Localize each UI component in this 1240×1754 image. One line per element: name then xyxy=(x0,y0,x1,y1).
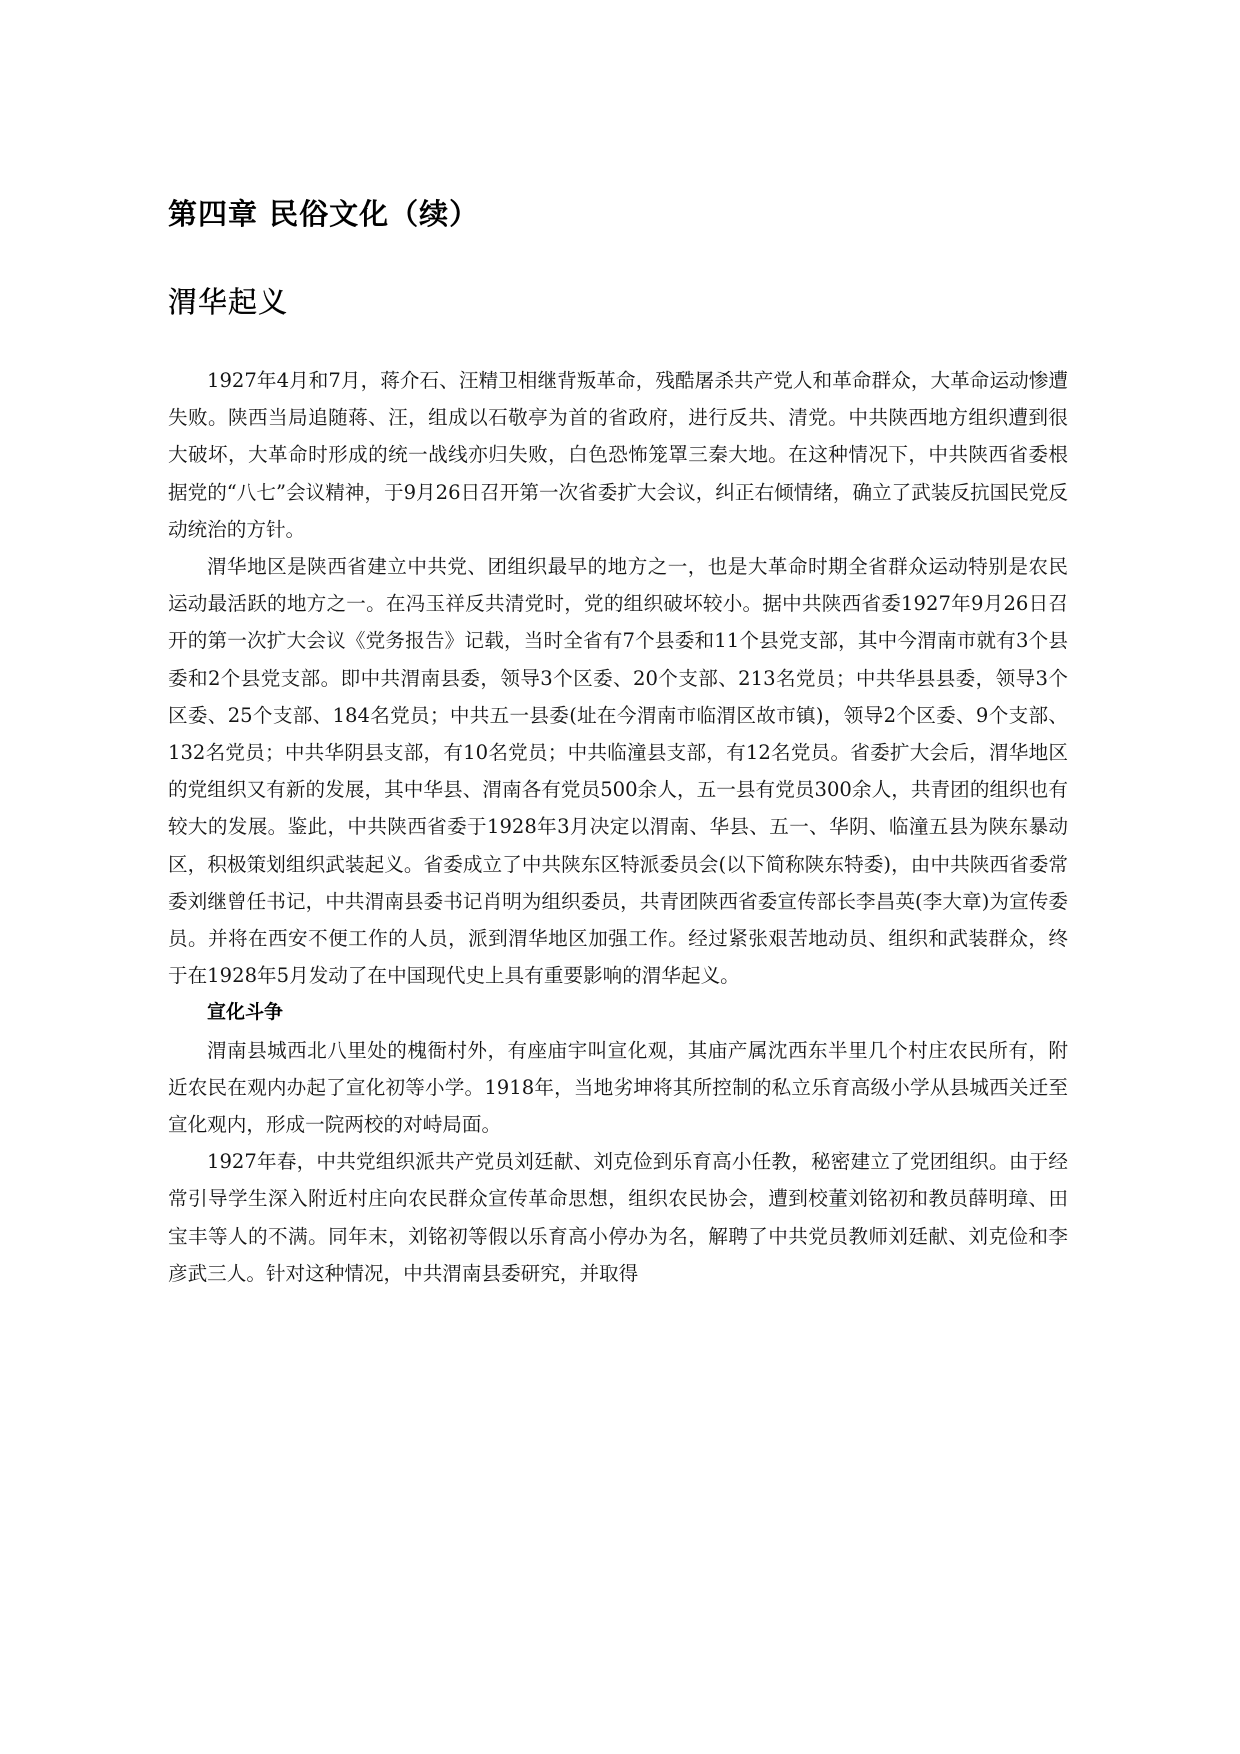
body-text: 1927年4月和7月，蒋介石、汪精卫相继背叛革命，残酷屠杀共产党人和革命群众，大… xyxy=(168,362,1068,1292)
paragraph-2: 渭华地区是陕西省建立中共党、团组织最早的地方之一，也是大革命时期全省群众运动特别… xyxy=(168,548,1068,994)
paragraph-1: 1927年4月和7月，蒋介石、汪精卫相继背叛革命，残酷屠杀共产党人和革命群众，大… xyxy=(168,362,1068,548)
paragraph-3: 渭南县城西北八里处的槐衙村外，有座庙宇叫宣化观，其庙产属沈西东半里几个村庄农民所… xyxy=(168,1032,1068,1144)
paragraph-4: 1927年春，中共党组织派共产党员刘廷献、刘克俭到乐育高小任教，秘密建立了党团组… xyxy=(168,1143,1068,1292)
chapter-title: 第四章 民俗文化（续） xyxy=(168,192,479,233)
section-title: 渭华起义 xyxy=(168,280,288,321)
subheading-xuanhua-struggle: 宣化斗争 xyxy=(168,994,1068,1031)
